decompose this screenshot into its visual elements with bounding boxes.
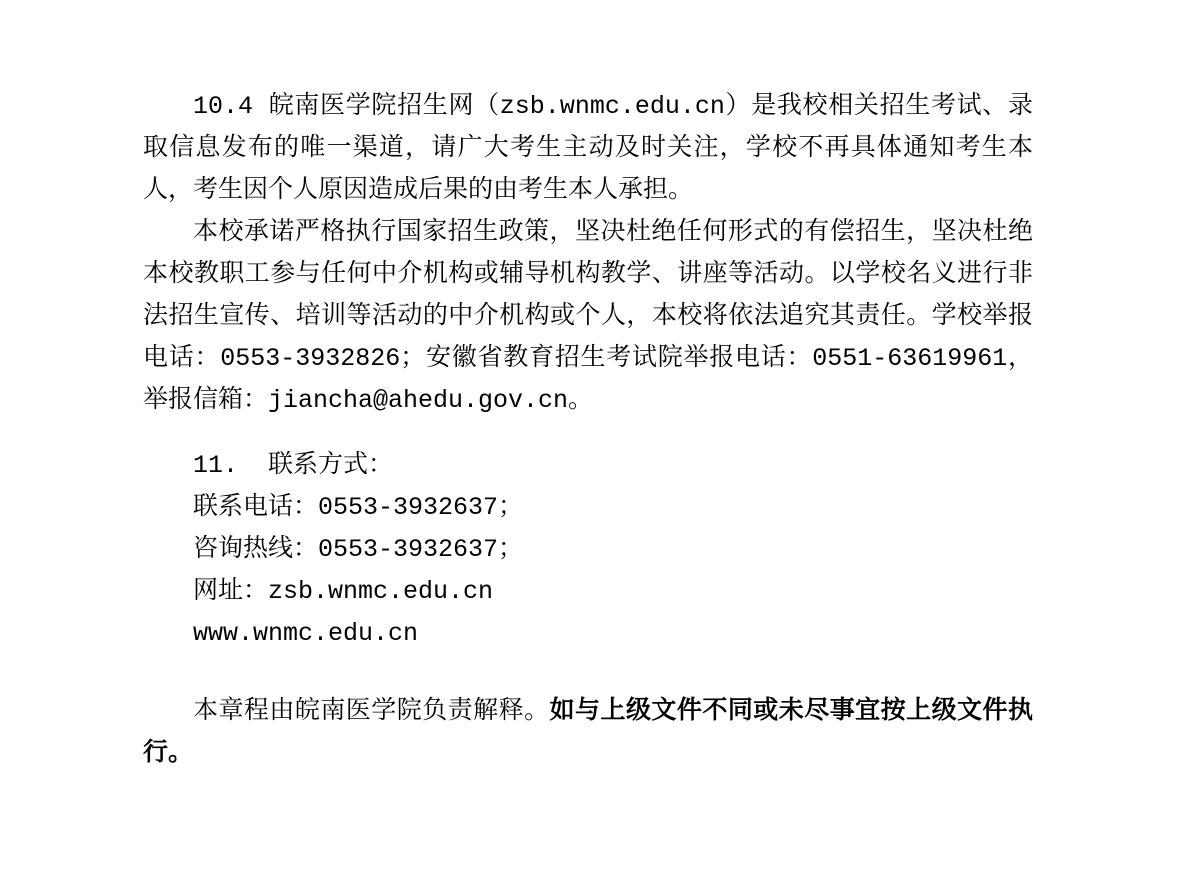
document-content: 10.4 皖南医学院招生网（zsb.wnmc.edu.cn）是我校相关招生考试、…: [143, 86, 1033, 775]
contact-section: 11. 联系方式： 联系电话：0553-3932637； 咨询热线：0553-3…: [143, 445, 1033, 655]
paragraph-10-4-admissions-website: 10.4 皖南医学院招生网（zsb.wnmc.edu.cn）是我校相关招生考试、…: [143, 86, 1033, 212]
contact-section-heading: 11. 联系方式：: [143, 445, 1033, 487]
closing-normal-text: 本章程由皖南医学院负责解释。: [193, 697, 550, 726]
contact-main-website-line: www.wnmc.edu.cn: [143, 613, 1033, 655]
contact-hotline-line: 咨询热线：0553-3932637；: [143, 529, 1033, 571]
contact-admissions-website-line: 网址：zsb.wnmc.edu.cn: [143, 571, 1033, 613]
paragraph-anti-fraud-pledge: 本校承诺严格执行国家招生政策，坚决杜绝任何形式的有偿招生，坚决杜绝本校教职工参与…: [143, 212, 1033, 422]
document-page: 10.4 皖南医学院招生网（zsb.wnmc.edu.cn）是我校相关招生考试、…: [0, 0, 1196, 870]
contact-phone-line: 联系电话：0553-3932637；: [143, 487, 1033, 529]
closing-paragraph: 本章程由皖南医学院负责解释。如与上级文件不同或未尽事宜按上级文件执行。: [143, 691, 1033, 775]
